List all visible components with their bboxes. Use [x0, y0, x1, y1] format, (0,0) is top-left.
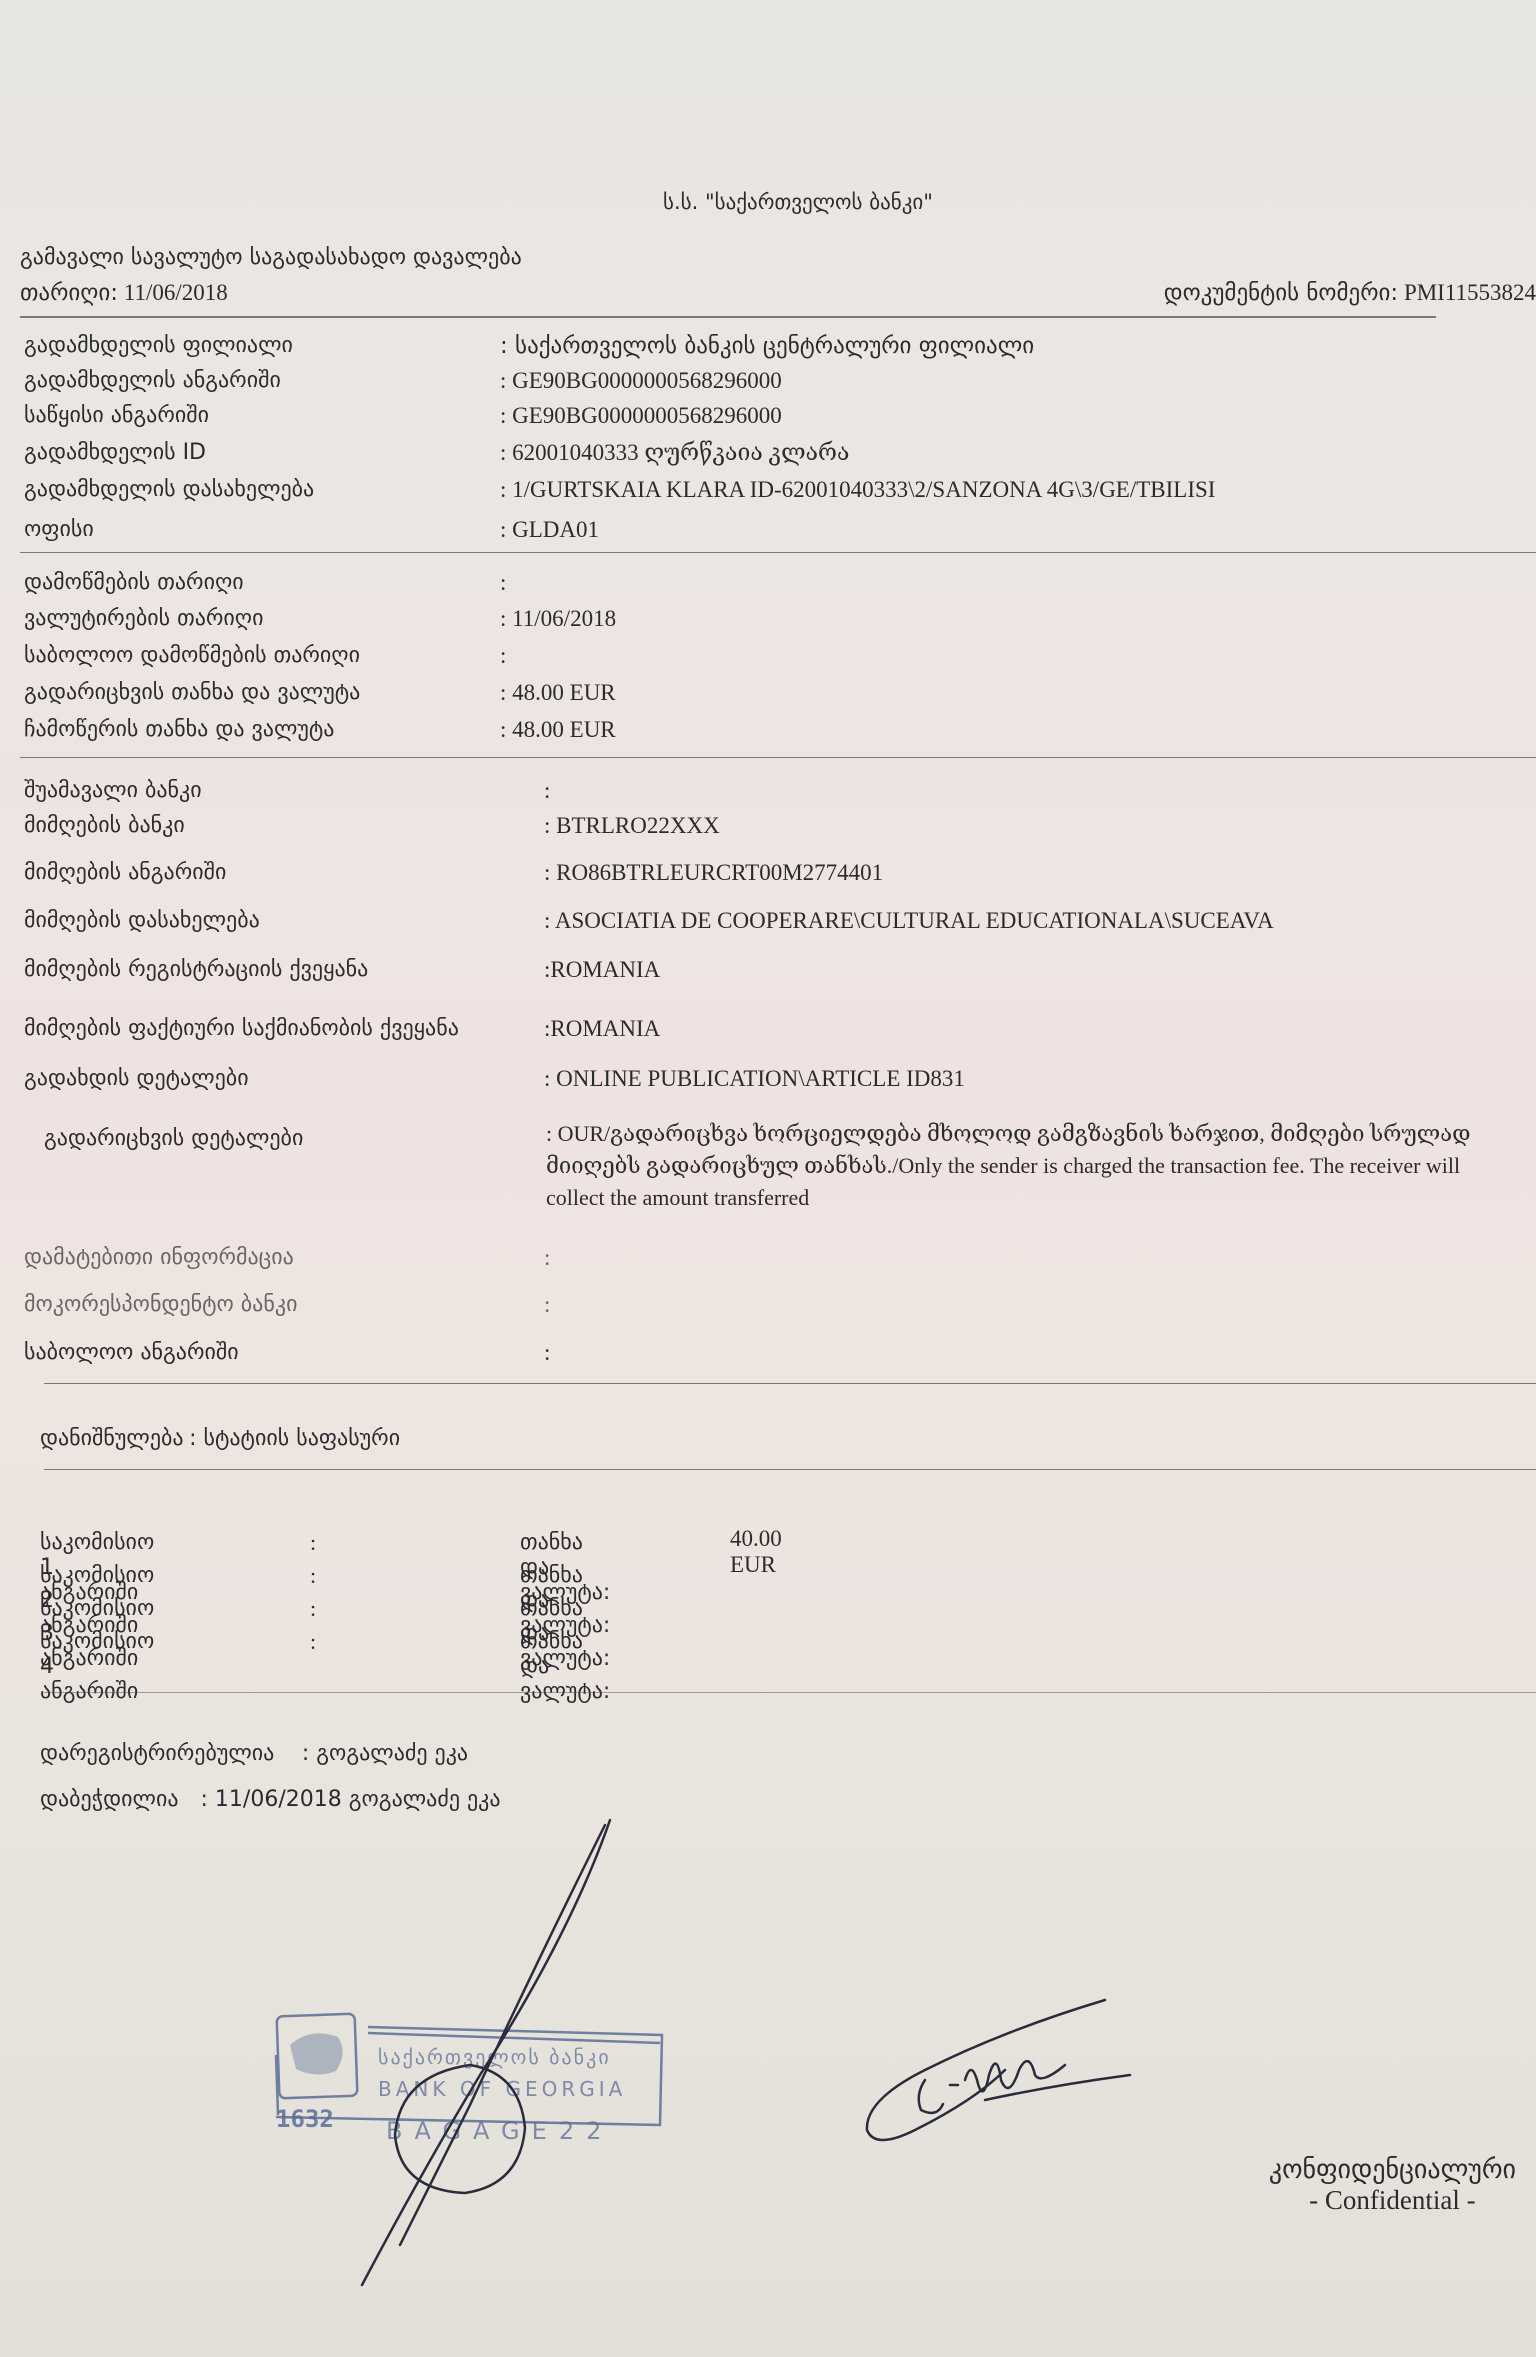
- field-row: დამატებითი ინფორმაცია:: [24, 1245, 1516, 1277]
- field-value: :: [500, 570, 506, 596]
- field-label: ჩამოწერის თანხა და ვალუტა: [24, 717, 334, 742]
- field-value: :: [544, 1292, 550, 1318]
- field-row: მიმღების რეგისტრაციის ქვეყანა:ROMANIA: [24, 957, 1516, 989]
- field-row: დამოწმების თარიღი:: [24, 570, 1516, 602]
- field-row: გადამხდელის ანგარიში: GE90BG000000056829…: [24, 368, 1516, 400]
- printed-row: დაბეჭდილია : 11/06/2018 გოგალაძე ეკა: [40, 1786, 501, 1812]
- field-value: :: [544, 1340, 550, 1366]
- confidential-ka: კონფიდენციალური: [1269, 2155, 1516, 2185]
- field-row: გადარიცხვის თანხა და ვალუტა: 48.00 EUR: [24, 680, 1516, 712]
- date-label: თარიღი:: [20, 280, 118, 306]
- confidential-notice: კონფიდენციალური - Confidential -: [1269, 2155, 1516, 2216]
- signature-left-icon: [340, 1815, 640, 2295]
- purpose-label: დანიშნულება: [40, 1426, 184, 1451]
- field-row: საბოლოო დამოწმების თარიღი:: [24, 643, 1516, 675]
- commission-colon: :: [310, 1629, 316, 1655]
- divider: [20, 552, 1536, 553]
- purpose-value: : სტატიის საფასური: [189, 1426, 400, 1451]
- field-label: შუამავალი ბანკი: [24, 778, 202, 803]
- field-value: : 48.00 EUR: [500, 680, 616, 706]
- date-value: 11/06/2018: [124, 280, 228, 305]
- field-row: გადახდის დეტალები: ONLINE PUBLICATION\AR…: [24, 1066, 1516, 1098]
- field-label: გადარიცხვის თანხა და ვალუტა: [24, 680, 360, 705]
- field-label: მიმღების რეგისტრაციის ქვეყანა: [24, 957, 368, 982]
- field-row: მიმღების ანგარიში: RO86BTRLEURCRT00M2774…: [24, 860, 1516, 892]
- field-value: : GE90BG0000000568296000: [500, 368, 782, 394]
- field-label: მოკორესპონდენტო ბანკი: [24, 1292, 297, 1317]
- field-value: : GE90BG0000000568296000: [500, 403, 782, 429]
- field-value: :: [544, 1245, 550, 1271]
- field-label: საბოლოო დამოწმების თარიღი: [24, 643, 360, 668]
- field-value: : BTRLRO22XXX: [544, 813, 720, 839]
- field-label: გადახდის დეტალები: [24, 1066, 249, 1091]
- registered-row: დარეგისტრირებულია : გოგალაძე ეკა: [40, 1740, 468, 1766]
- registered-label: დარეგისტრირებულია: [40, 1741, 274, 1766]
- field-row: ვალუტირების თარიღი: 11/06/2018: [24, 606, 1516, 638]
- commission-colon: :: [310, 1596, 316, 1622]
- field-row: მოკორესპონდენტო ბანკი:: [24, 1292, 1516, 1324]
- printed-value: : 11/06/2018 გოგალაძე ეკა: [201, 1787, 501, 1812]
- field-row: შუამავალი ბანკი:: [24, 778, 1516, 810]
- field-row: საწყისი ანგარიში: GE90BG0000000568296000: [24, 403, 1516, 435]
- stamp-number: 1632: [276, 2105, 334, 2133]
- field-row: მიმღების დასახელება: ASOCIATIA DE COOPER…: [24, 908, 1516, 940]
- doc-number-label: დოკუმენტის ნომერი:: [1164, 280, 1398, 306]
- field-label: გადამხდელის ფილიალი: [24, 333, 293, 358]
- field-label: გადამხდელის ID: [24, 440, 206, 465]
- divider: [44, 1383, 1536, 1384]
- field-row: მიმღების ფაქტიური საქმიანობის ქვეყანა:RO…: [24, 1016, 1516, 1048]
- document-date: თარიღი: 11/06/2018: [20, 280, 228, 306]
- registered-value: : გოგალაძე ეკა: [302, 1741, 468, 1766]
- printed-label: დაბეჭდილია: [40, 1787, 179, 1812]
- divider: [20, 316, 1436, 318]
- divider: [20, 757, 1536, 758]
- divider: [44, 1469, 1536, 1470]
- field-value: : 1/GURTSKAIA KLARA ID-62001040333\2/SAN…: [500, 477, 1215, 503]
- divider: [44, 1692, 1536, 1693]
- field-row: გადამხდელის ID: 62001040333 ღურწკაია კლა…: [24, 440, 1516, 472]
- field-label: ოფისი: [24, 517, 94, 542]
- field-value: : 48.00 EUR: [500, 717, 616, 743]
- field-value: :: [500, 643, 506, 669]
- confidential-en: - Confidential -: [1269, 2185, 1516, 2216]
- signature-right-icon: [855, 1990, 1145, 2160]
- field-label: გადამხდელის ანგარიში: [24, 368, 281, 393]
- field-value: : RO86BTRLEURCRT00M2774401: [544, 860, 883, 886]
- document-type: გამავალი სავალუტო საგადასახადო დავალება: [20, 245, 522, 270]
- field-value: : 11/06/2018: [500, 606, 616, 632]
- field-value: :: [544, 778, 550, 804]
- field-value: : ASOCIATIA DE COOPERARE\CULTURAL EDUCAT…: [544, 908, 1274, 934]
- field-label: მიმღების ბანკი: [24, 813, 185, 838]
- field-value: : GLDA01: [500, 517, 599, 543]
- transfer-details-value: : OUR/გადარიცხვა ხორციელდება მხოლოდ გამგ…: [546, 1118, 1486, 1214]
- field-row: მიმღების ბანკი: BTRLRO22XXX: [24, 813, 1516, 845]
- field-label: საწყისი ანგარიში: [24, 403, 209, 428]
- field-value: :ROMANIA: [544, 957, 660, 983]
- field-row: საბოლოო ანგარიში:: [24, 1340, 1516, 1372]
- field-label: მიმღების ანგარიში: [24, 860, 226, 885]
- field-label: დამატებითი ინფორმაცია: [24, 1245, 294, 1270]
- commission-amount-value: 40.00 EUR: [730, 1526, 782, 1578]
- doc-number-value: PMI11553824: [1404, 280, 1536, 305]
- field-label: დამოწმების თარიღი: [24, 570, 244, 595]
- field-value: : საქართველოს ბანკის ცენტრალური ფილიალი: [500, 333, 1034, 359]
- document-number: დოკუმენტის ნომერი: PMI11553824: [1164, 280, 1536, 306]
- field-label: მიმღების ფაქტიური საქმიანობის ქვეყანა: [24, 1016, 459, 1041]
- field-row: ოფისი: GLDA01: [24, 517, 1516, 549]
- bank-name: ს.ს. "საქართველოს ბანკი": [0, 190, 1536, 214]
- field-value: : 62001040333 ღურწკაია კლარა: [500, 440, 849, 466]
- field-row: ჩამოწერის თანხა და ვალუტა: 48.00 EUR: [24, 717, 1516, 749]
- commission-colon: :: [310, 1530, 316, 1556]
- field-row: გადამხდელის ფილიალი: საქართველოს ბანკის …: [24, 333, 1516, 365]
- field-value: : ONLINE PUBLICATION\ARTICLE ID831: [544, 1066, 965, 1092]
- field-label: საბოლოო ანგარიში: [24, 1340, 239, 1365]
- purpose-row: დანიშნულება : სტატიის საფასური: [40, 1425, 400, 1451]
- field-label: ვალუტირების თარიღი: [24, 606, 263, 631]
- field-label: მიმღების დასახელება: [24, 908, 260, 933]
- field-label: გადარიცხვის დეტალები: [44, 1126, 303, 1151]
- field-value: :ROMANIA: [544, 1016, 660, 1042]
- commission-colon: :: [310, 1563, 316, 1589]
- field-label: გადამხდელის დასახელება: [24, 477, 314, 502]
- field-row: გადამხდელის დასახელება: 1/GURTSKAIA KLAR…: [24, 477, 1516, 509]
